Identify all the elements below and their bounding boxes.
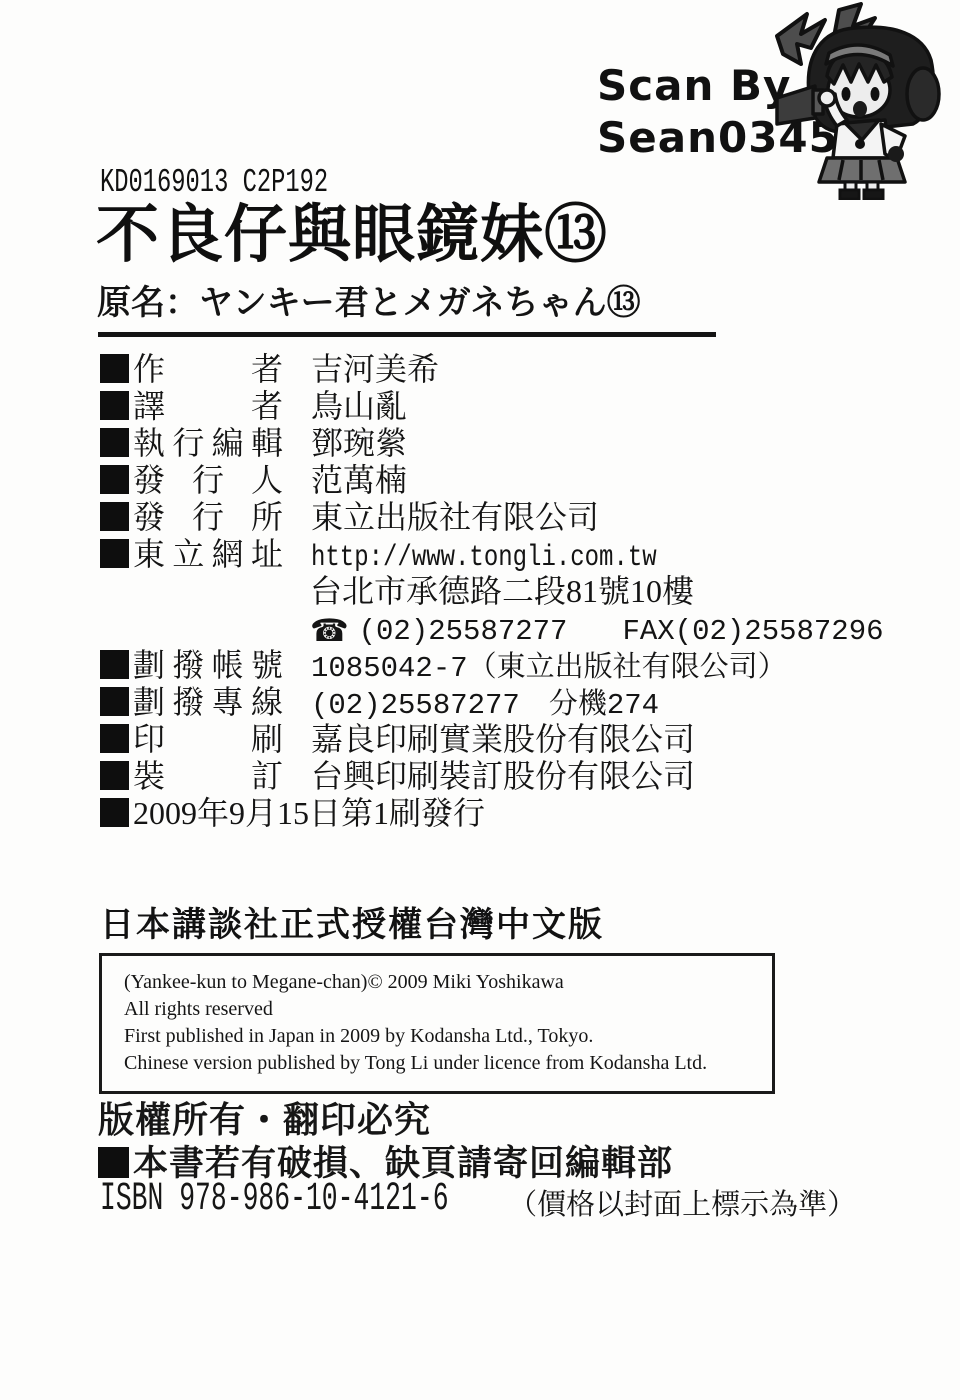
isbn-line: ISBN 978-986-10-4121-6（價格以封面上標示為準） [100, 1176, 856, 1223]
title-divider [98, 332, 716, 337]
credit-value: 吉河美希 [311, 351, 439, 387]
credit-label: 劃撥帳號 [133, 647, 283, 684]
square-bullet-icon [100, 391, 129, 420]
license-heading: 日本講談社正式授權台灣中文版 [100, 897, 604, 946]
fax-number: FAX(02)25587296 [622, 615, 883, 648]
square-bullet-icon [100, 798, 129, 827]
square-bullet-icon [100, 502, 129, 531]
original-title: 原名：ヤンキー君とメガネちゃん⑬ [97, 284, 641, 324]
credit-row-publishing-house: 發行所東立出版社有限公司 [100, 499, 860, 536]
square-bullet-icon [100, 428, 129, 457]
credit-value: 台興印刷裝訂股份有限公司 [311, 758, 695, 794]
isbn-number: ISBN 978-986-10-4121-6 [100, 1178, 449, 1222]
credit-row-executive-editor: 執行編輯鄧琬縈 [100, 425, 860, 462]
square-bullet-icon [98, 1147, 129, 1178]
credit-label: 東立網址 [133, 536, 283, 573]
chibi-girl-megaphone-icon [763, 2, 947, 200]
credit-row-postal-hotline: 劃撥專線(02)25587277 分機274 [100, 684, 860, 721]
copyright-line: All rights reserved [124, 996, 752, 1023]
credit-row-translator: 譯者鳥山亂 [100, 388, 860, 425]
copyright-box: (Yankee-kun to Megane-chan)© 2009 Miki Y… [99, 953, 775, 1094]
square-bullet-icon [100, 650, 129, 679]
credit-row-publisher-person: 發行人范萬楠 [100, 462, 860, 499]
square-bullet-icon [100, 687, 129, 716]
release-date: 2009年9月15日第1刷發行 [133, 795, 485, 831]
book-title: 不良仔與眼鏡妹⑬ [96, 198, 608, 272]
credit-row-printing: 印刷嘉良印刷實業股份有限公司 [100, 721, 860, 758]
credit-value: (02)25587277 分機274 [311, 689, 659, 722]
credit-label: 發行所 [133, 499, 283, 536]
telephone-icon: ☎ [310, 613, 349, 649]
credit-row-binding: 裝訂台興印刷裝訂股份有限公司 [100, 758, 860, 795]
credit-label: 裝訂 [133, 758, 283, 795]
credit-label: 執行編輯 [133, 425, 283, 462]
phone-fax-line: ☎(02)25587277FAX(02)25587296 [100, 610, 860, 647]
publisher-address: 台北市承德路二段81號10樓 [100, 573, 860, 610]
credit-label: 印刷 [133, 721, 283, 758]
credit-label: 發行人 [133, 462, 283, 499]
copyright-line: Chinese version published by Tong Li und… [124, 1050, 752, 1077]
release-date-row: 2009年9月15日第1刷發行 [100, 795, 860, 832]
credit-row-website: 東立網址http://www.tongli.com.tw [100, 536, 860, 573]
credit-value: 1085042-7（東立出版社有限公司） [311, 652, 787, 685]
credit-row-author: 作者吉河美希 [100, 351, 860, 388]
square-bullet-icon [100, 761, 129, 790]
credit-value: 范萬楠 [311, 462, 407, 498]
square-bullet-icon [100, 724, 129, 753]
credit-value: 鄧琬縈 [311, 425, 407, 461]
square-bullet-icon [100, 465, 129, 494]
credit-value: 東立出版社有限公司 [311, 499, 599, 535]
square-bullet-icon [100, 354, 129, 383]
credit-row-postal-account: 劃撥帳號1085042-7（東立出版社有限公司） [100, 647, 860, 684]
colophon-page: Scan By Sean0345 [0, 0, 960, 1400]
publisher-url: http://www.tongli.com.tw [311, 540, 657, 577]
price-note: （價格以封面上標示為準） [508, 1176, 856, 1223]
credit-label: 譯者 [133, 388, 283, 425]
credit-label: 劃撥專線 [133, 684, 283, 721]
credits-block: 作者吉河美希 譯者鳥山亂 執行編輯鄧琬縈 發行人范萬楠 發行所東立出版社有限公司… [100, 351, 860, 832]
copyright-line: First published in Japan in 2009 by Koda… [124, 1023, 752, 1050]
credit-value: 嘉良印刷實業股份有限公司 [311, 721, 695, 757]
catalog-code: KD0169013 C2P192 [100, 166, 328, 199]
credit-value: 鳥山亂 [311, 388, 407, 424]
credit-label: 作者 [133, 351, 283, 388]
copyright-line: (Yankee-kun to Megane-chan)© 2009 Miki Y… [124, 969, 752, 996]
square-bullet-icon [100, 539, 129, 568]
phone-number: (02)25587277 [359, 615, 568, 648]
